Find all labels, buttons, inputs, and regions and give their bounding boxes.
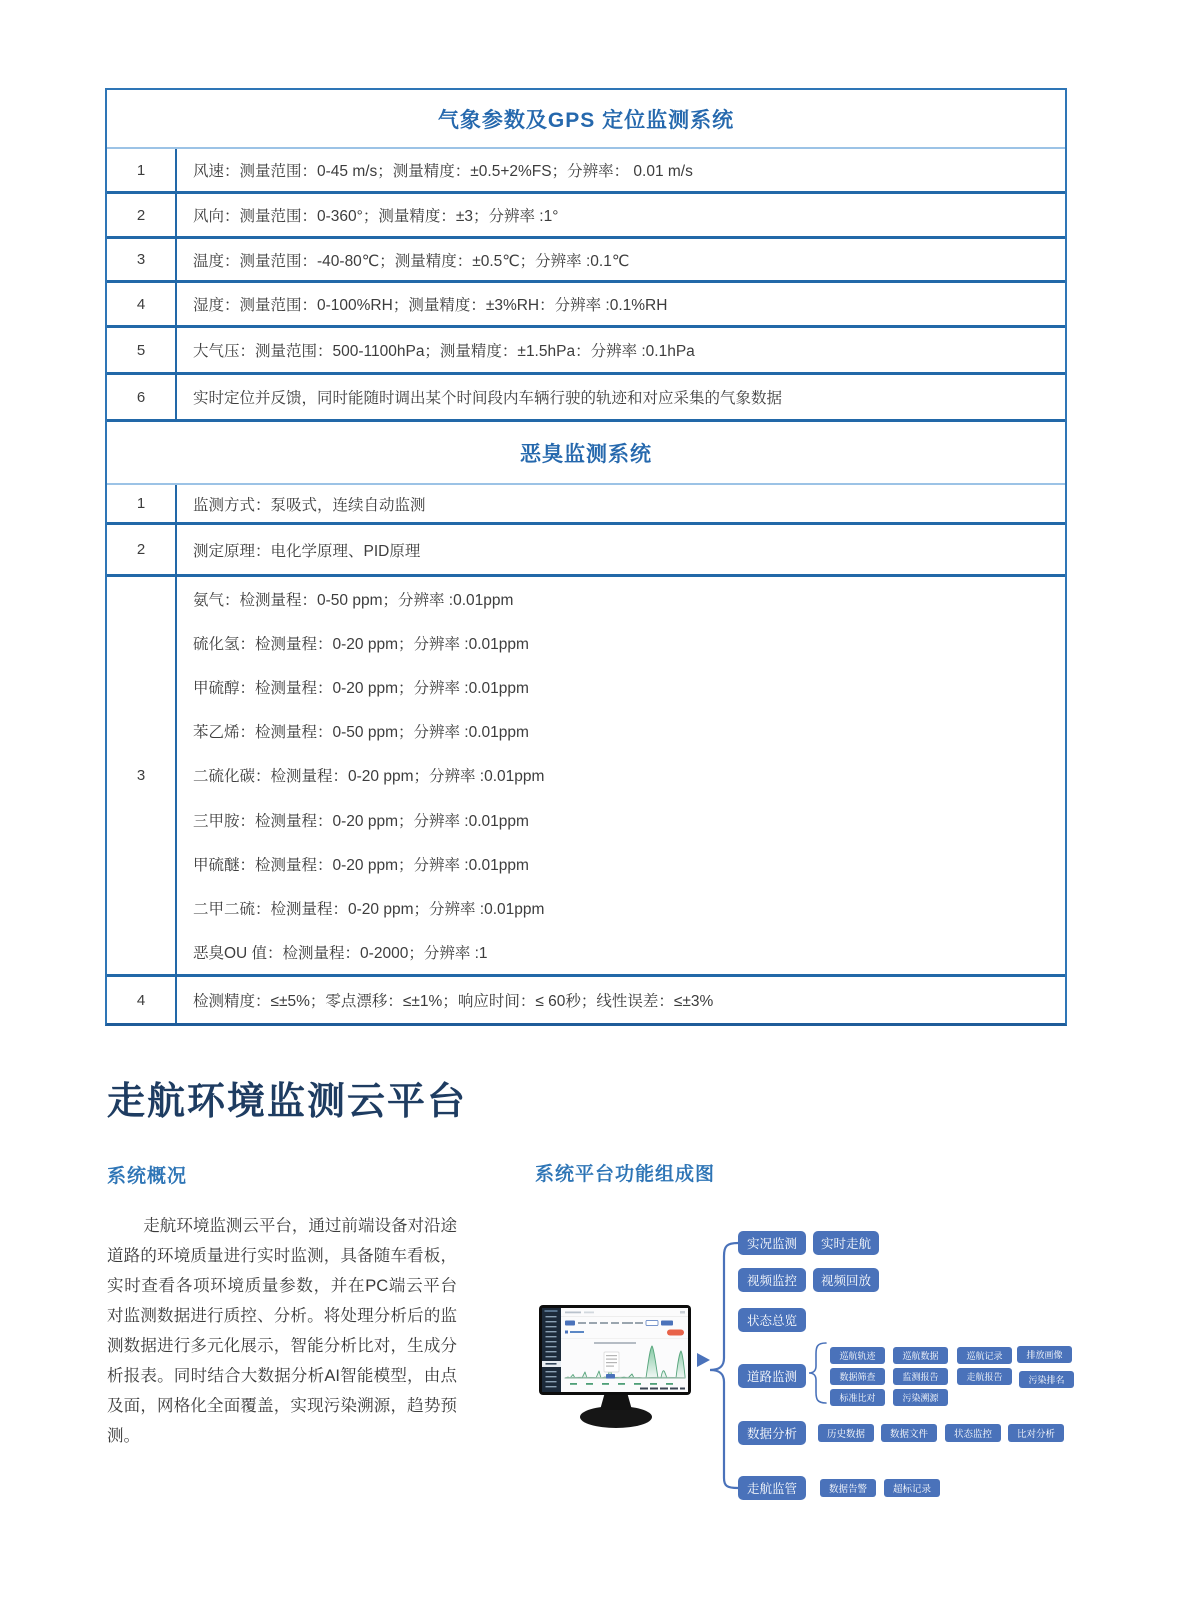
row-number: 4: [107, 283, 177, 325]
table-row: 2 测定原理：电化学原理、PID原理: [107, 525, 1065, 577]
row-spec-text: 大气压：测量范围：500-1100hPa；测量精度：±1.5hPa：分辨率 :0…: [177, 328, 1065, 372]
road-brace-connector: [808, 1340, 830, 1406]
gas-spec-list: 氨气：检测量程：0-50 ppm；分辨率 :0.01ppm 硫化氢：检测量程：0…: [177, 577, 1065, 974]
table-row: 1 监测方式：泵吸式，连续自动监测: [107, 485, 1065, 525]
row-number: 4: [107, 977, 177, 1023]
dashboard-screenshot: [542, 1308, 688, 1392]
gas-spec-line: 恶臭OU 值：检测量程：0-2000；分辨率 :1: [177, 930, 1065, 974]
diagram-node-live-monitoring: 实况监测: [738, 1231, 806, 1255]
diagram-node-video-playback: 视频回放: [813, 1268, 879, 1292]
diagram-node-status-overview: 状态总览: [738, 1308, 806, 1332]
row-number: 3: [107, 577, 177, 974]
row-spec-text: 监测方式：泵吸式，连续自动监测: [177, 485, 1065, 522]
overview-paragraph: 走航环境监测云平台，通过前端设备对沿途道路的环境质量进行实时监测，具备随车看板，…: [107, 1211, 457, 1451]
gas-spec-line: 甲硫醚：检测量程：0-20 ppm；分辨率 :0.01ppm: [177, 842, 1065, 886]
diagram-node-realtime-navigation: 实时走航: [813, 1231, 879, 1255]
diagram-node-exceedance-record: 超标记录: [884, 1479, 940, 1497]
monitor-illustration: [539, 1305, 691, 1395]
diagram-node-data-files: 数据文件: [881, 1424, 937, 1442]
table-row: 1 风速：测量范围：0-45 m/s；测量精度：±0.5+2%FS；分辨率： 0…: [107, 149, 1065, 194]
diagram-node-status-monitoring: 状态监控: [945, 1424, 1001, 1442]
diagram-node-data-alert: 数据告警: [820, 1479, 876, 1497]
table-row: 4 检测精度：≤±5%；零点漂移：≤±1%；响应时间：≤ 60秒；线性误差：≤±…: [107, 977, 1065, 1023]
brochure-page: 气象参数及GPS 定位监测系统 1 风速：测量范围：0-45 m/s；测量精度：…: [0, 0, 1179, 1600]
table-row: 6 实时定位并反馈，同时能随时调出某个时间段内车辆行驶的轨迹和对应采集的气象数据: [107, 375, 1065, 422]
diagram-node-comparison-analysis: 比对分析: [1008, 1424, 1064, 1442]
row-number: 2: [107, 194, 177, 236]
spec-table: 气象参数及GPS 定位监测系统 1 风速：测量范围：0-45 m/s；测量精度：…: [105, 88, 1067, 1026]
row-spec-text: 测定原理：电化学原理、PID原理: [177, 525, 1065, 574]
table-row: 5 大气压：测量范围：500-1100hPa；测量精度：±1.5hPa：分辨率 …: [107, 328, 1065, 375]
row-spec-text: 温度：测量范围：-40-80℃；测量精度：±0.5℃；分辨率 :0.1℃: [177, 239, 1065, 280]
diagram-node-cruise-track: 巡航轨迹: [830, 1347, 885, 1364]
row-number: 2: [107, 525, 177, 574]
row-number: 1: [107, 485, 177, 522]
gas-spec-line: 苯乙烯：检测量程：0-50 ppm；分辨率 :0.01ppm: [177, 709, 1065, 753]
gas-spec-line: 甲硫醇：检测量程：0-20 ppm；分辨率 :0.01ppm: [177, 665, 1065, 709]
table-section-title-odor: 恶臭监测系统: [107, 422, 1065, 485]
diagram-node-navigation-report: 走航报告: [957, 1368, 1012, 1385]
row-spec-text: 风速：测量范围：0-45 m/s；测量精度：±0.5+2%FS；分辨率： 0.0…: [177, 149, 1065, 191]
row-spec-text: 风向：测量范围：0-360°；测量精度：±3；分辨率 :1°: [177, 194, 1065, 236]
diagram-node-data-screening: 数据筛查: [830, 1368, 885, 1385]
overview-title: 系统概况: [107, 1161, 187, 1188]
diagram-node-pollution-ranking: 污染排名: [1019, 1371, 1074, 1388]
diagram-node-video-monitoring: 视频监控: [738, 1268, 806, 1292]
row-number: 3: [107, 239, 177, 280]
section-title-text: 气象参数及GPS 定位监测系统: [438, 104, 734, 134]
diagram-node-emission-profile: 排放画像: [1017, 1346, 1072, 1363]
table-row: 4 湿度：测量范围：0-100%RH；测量精度：±3%RH：分辨率 :0.1%R…: [107, 283, 1065, 328]
gas-spec-line: 硫化氢：检测量程：0-20 ppm；分辨率 :0.01ppm: [177, 621, 1065, 665]
section-title-text: 恶臭监测系统: [520, 438, 652, 468]
table-section-title-weather-gps: 气象参数及GPS 定位监测系统: [107, 90, 1065, 149]
row-spec-text: 检测精度：≤±5%；零点漂移：≤±1%；响应时间：≤ 60秒；线性误差：≤±3%: [177, 977, 1065, 1023]
row-number: 6: [107, 375, 177, 419]
diagram-title: 系统平台功能组成图: [535, 1159, 715, 1186]
row-spec-text: 湿度：测量范围：0-100%RH；测量精度：±3%RH：分辨率 :0.1%RH: [177, 283, 1065, 325]
gas-spec-line: 二硫化碳：检测量程：0-20 ppm；分辨率 :0.01ppm: [177, 753, 1065, 797]
diagram-node-road-monitoring: 道路监测: [738, 1364, 806, 1388]
diagram-node-cruise-record: 巡航记录: [957, 1347, 1012, 1364]
row-number: 1: [107, 149, 177, 191]
gas-spec-line: 三甲胺：检测量程：0-20 ppm；分辨率 :0.01ppm: [177, 798, 1065, 842]
diagram-node-mobile-supervision: 走航监管: [738, 1476, 806, 1500]
diagram-node-history-data: 历史数据: [818, 1424, 874, 1442]
table-row-gas-list: 3 氨气：检测量程：0-50 ppm；分辨率 :0.01ppm 硫化氢：检测量程…: [107, 577, 1065, 977]
diagram-node-pollution-tracing: 污染溯源: [893, 1389, 948, 1406]
diagram-node-monitoring-report: 监测报告: [893, 1368, 948, 1385]
row-number: 5: [107, 328, 177, 372]
gas-spec-line: 二甲二硫：检测量程：0-20 ppm；分辨率 :0.01ppm: [177, 886, 1065, 930]
page-title: 走航环境监测云平台: [107, 1070, 467, 1125]
table-row: 2 风向：测量范围：0-360°；测量精度：±3；分辨率 :1°: [107, 194, 1065, 239]
row-spec-text: 实时定位并反馈，同时能随时调出某个时间段内车辆行驶的轨迹和对应采集的气象数据: [177, 375, 1065, 419]
gas-spec-line: 氨气：检测量程：0-50 ppm；分辨率 :0.01ppm: [177, 577, 1065, 621]
diagram-node-data-analysis: 数据分析: [738, 1421, 806, 1445]
diagram-node-standard-comparison: 标准比对: [830, 1389, 885, 1406]
diagram-node-cruise-data: 巡航数据: [893, 1347, 948, 1364]
table-row: 3 温度：测量范围：-40-80℃；测量精度：±0.5℃；分辨率 :0.1℃: [107, 239, 1065, 283]
